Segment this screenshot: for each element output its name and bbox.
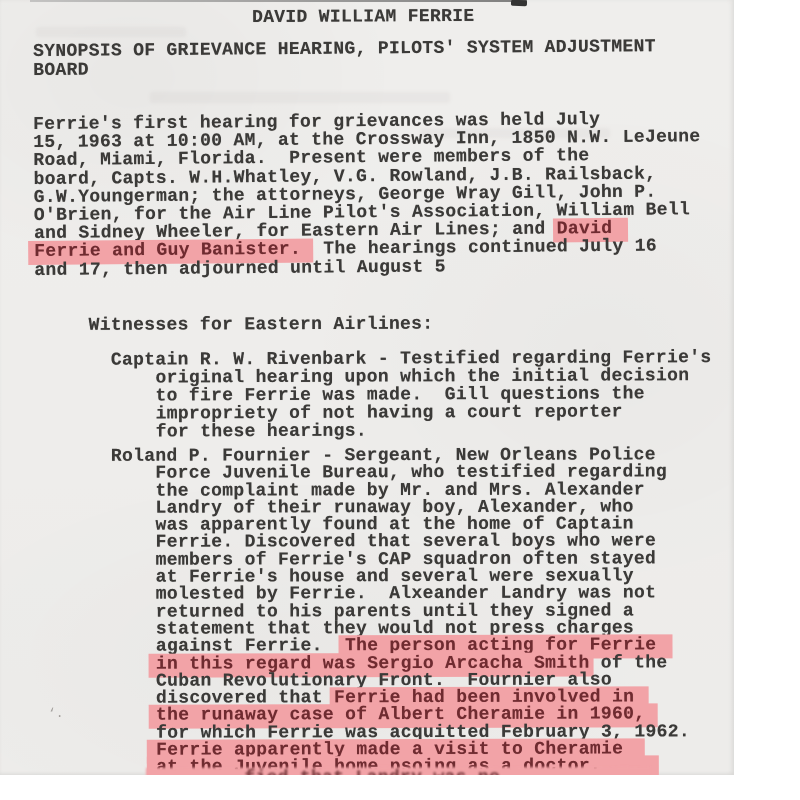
block-rivenbark-entry: Captain R. W. Rivenbark - Testified rega… bbox=[33, 349, 712, 442]
text-run: DAVID WILLIAM FERRIE bbox=[252, 7, 475, 28]
text-line: Witnesses for Eastern Airlines: bbox=[33, 316, 433, 335]
text-run: and 17, then adjourned until August 5 bbox=[34, 257, 446, 281]
block-subtitle: SYNOPSIS OF GRIEVANCE HEARING, PILOTS' S… bbox=[33, 38, 656, 81]
block-title: DAVID WILLIAM FERRIE bbox=[252, 8, 475, 28]
text-run: BOARD bbox=[33, 61, 89, 81]
text-run: The hearings continued July 16 bbox=[301, 237, 657, 260]
text-line: DAVID WILLIAM FERRIE bbox=[252, 8, 475, 28]
scan-artifact-topline bbox=[30, 0, 527, 2]
block-fournier-entry: Roland P. Fournier - Sergeant, New Orlea… bbox=[33, 447, 690, 775]
block-cutoff-line: fied that Landry was no bbox=[33, 770, 500, 775]
text-line: and 17, then adjourned until August 5 bbox=[34, 256, 701, 280]
block-witnesses-heading: Witnesses for Eastern Airlines: bbox=[33, 316, 433, 335]
text-run: Witnesses for Eastern Airlines: bbox=[33, 315, 433, 336]
highlighted-text: fied that Landry was no bbox=[146, 767, 650, 775]
text-line: impropriety of not having a court report… bbox=[33, 403, 712, 424]
screenshot-root: { "colors": { "paper": "#efeeec", "paper… bbox=[0, 0, 800, 800]
text-line: fied that Landry was no bbox=[33, 770, 500, 775]
scan-artifact-bleedthrough bbox=[36, 27, 186, 37]
scan-artifact-bleedthrough bbox=[150, 92, 450, 103]
text-run bbox=[33, 769, 155, 775]
block-intro-paragraph: Ferrie's first hearing for grievances wa… bbox=[33, 110, 702, 280]
text-run: for these hearings. bbox=[33, 422, 367, 443]
text-line: for these hearings. bbox=[33, 421, 712, 442]
scan-artifact-ink-blob bbox=[511, 0, 527, 6]
scanned-document: ‘. DAVID WILLIAM FERRIESYNOPSIS OF GRIEV… bbox=[0, 0, 734, 775]
